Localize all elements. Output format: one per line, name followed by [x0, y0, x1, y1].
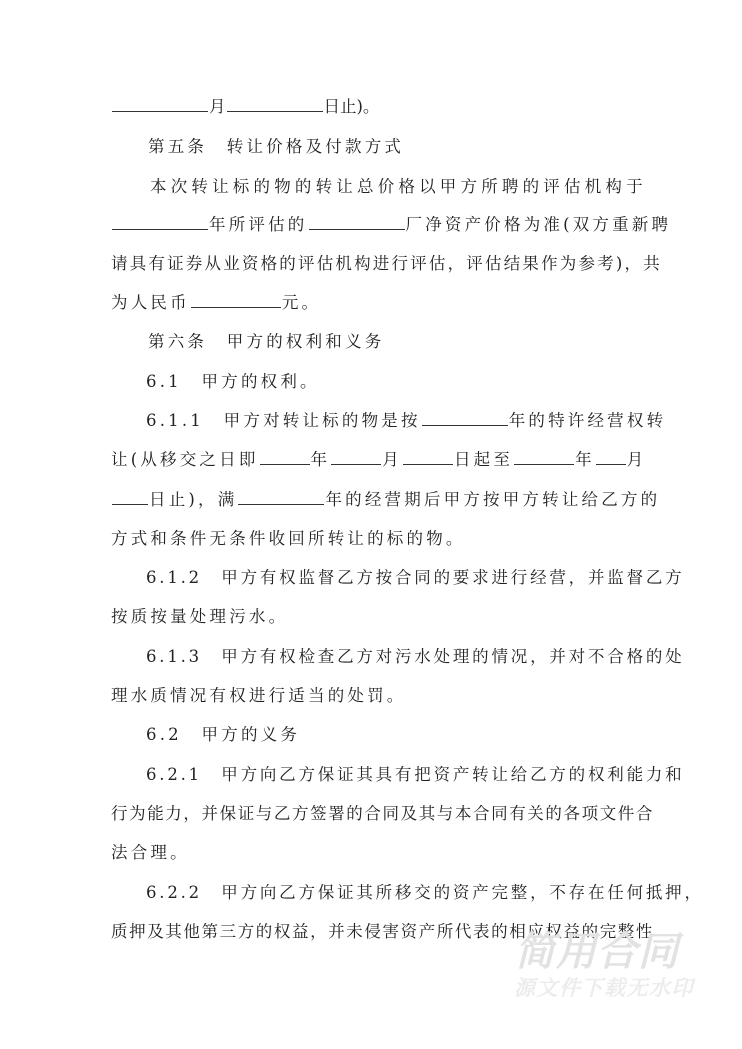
section-6-1-1-line-1: 6.1.1 甲方对转让标的物是按年的特许经营权转 — [146, 411, 666, 431]
section-6-1-title: 6.1 甲方的权利。 — [146, 372, 320, 392]
article-5-para-line-2: 年所评估的厂净资产价格为准(双方重新聘 — [111, 215, 671, 235]
blank-field — [596, 450, 626, 465]
section-6-1-3-line-2: 理水质情况有权进行适当的处罚。 — [111, 686, 407, 706]
blank-field — [309, 215, 405, 230]
section-6-1-1-line-3: 日止)，满年的经营期后甲方按甲方转让给乙方的 — [111, 490, 660, 510]
section-6-1-2-line-2: 按质按量处理污水。 — [111, 607, 288, 627]
section-6-2-2-line-1: 6.2.2 甲方向乙方保证其所移交的资产完整，不存在任何抵押， — [146, 883, 704, 903]
blank-field — [112, 97, 208, 112]
text-line-date-end: 月日止)。 — [111, 97, 379, 117]
article-5-para-line-3: 请具有证券从业资格的评估机构进行评估，评估结果作为参考)，共 — [111, 254, 662, 274]
section-6-1-1-line-2: 让(从移交之日即年月日起至年月 — [111, 450, 646, 470]
article-5-title: 第五条 转让价格及付款方式 — [148, 137, 404, 157]
watermark-logo: 简用合同 — [515, 920, 679, 977]
section-6-2-1-line-1: 6.2.1 甲方向乙方保证其具有把资产转让给乙方的权利能力和 — [146, 765, 684, 785]
label-month: 月 — [209, 97, 226, 116]
label-day-end: 日止)。 — [324, 97, 380, 116]
section-6-1-3-line-1: 6.1.3 甲方有权检查乙方对污水处理的情况，并对不合格的处 — [146, 647, 684, 667]
blank-field — [514, 450, 574, 465]
article-5-para-line-4: 为人民币元。 — [111, 293, 321, 313]
document-page: 月日止)。 第五条 转让价格及付款方式 本次转让标的物的转让总价格以甲方所聘的评… — [0, 0, 742, 1049]
blank-field — [191, 293, 281, 308]
blank-field — [422, 411, 508, 426]
section-6-2-title: 6.2 甲方的义务 — [146, 725, 300, 745]
section-6-2-1-line-2: 行为能力，并保证与乙方签署的合同及其与本合同有关的各项文件合 — [111, 804, 654, 824]
blank-field — [331, 450, 381, 465]
blank-field — [227, 97, 323, 112]
article-6-title: 第六条 甲方的权利和义务 — [148, 332, 384, 352]
section-6-1-2-line-1: 6.1.2 甲方有权监督乙方按合同的要求进行经营，并监督乙方 — [146, 568, 684, 588]
blank-field — [260, 450, 310, 465]
watermark-subtitle: 源文件下载无水印 — [514, 972, 694, 1002]
blank-field — [238, 490, 324, 505]
section-6-2-1-line-3: 法合理。 — [111, 843, 190, 863]
blank-field — [112, 215, 208, 230]
blank-field — [403, 450, 453, 465]
article-5-para-line-1: 本次转让标的物的转让总价格以甲方所聘的评估机构于 — [150, 177, 647, 197]
blank-field — [112, 490, 148, 505]
section-6-1-1-line-4: 方式和条件无条件收回所转让的标的物。 — [111, 529, 466, 549]
